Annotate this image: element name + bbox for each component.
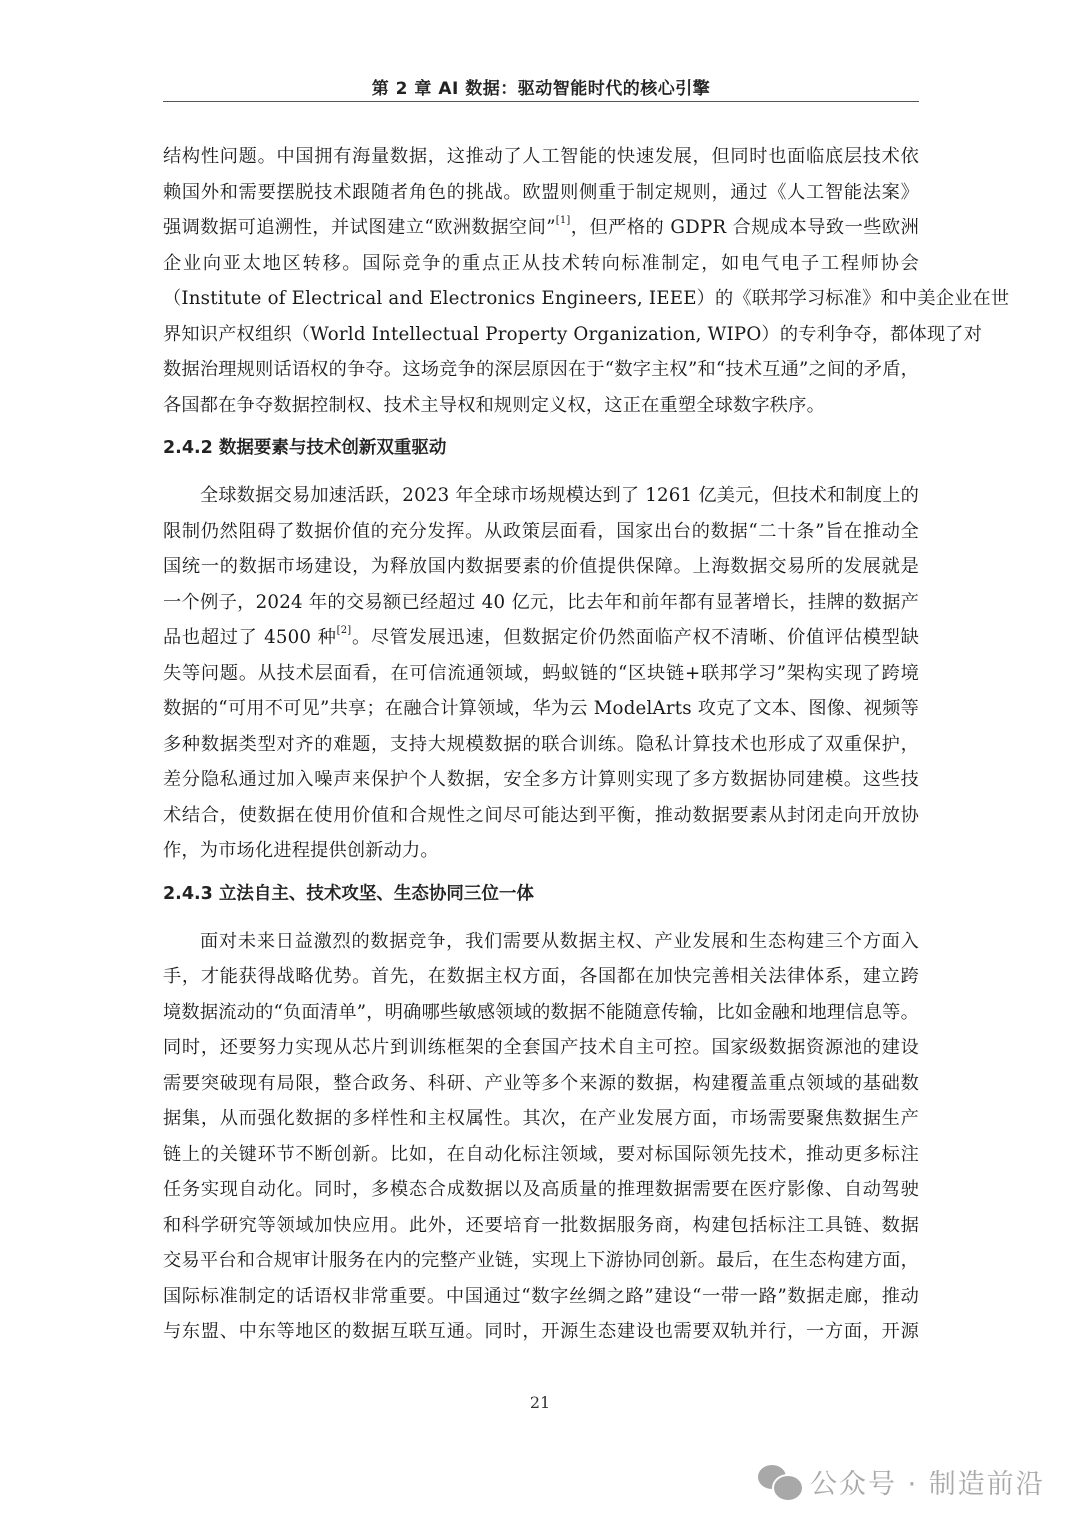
text-line: 术结合，使数据在使用价值和合规性之间尽可能达到平衡，推动数据要素从封闭走向开放协: [163, 798, 919, 834]
text-line: 和科学研究等领域加快应用。此外，还要培育一批数据服务商，构建包括标注工具链、数据: [163, 1208, 919, 1244]
paragraph-2-4-3: 面对未来日益激烈的数据竞争，我们需要从数据主权、产业发展和生态构建三个方面入 手…: [163, 924, 919, 1350]
page-body: 结构性问题。中国拥有海量数据，这推动了人工智能的快速发展，但同时也面临底层技术依…: [163, 139, 919, 1350]
text-line: 一个例子，2024 年的交易额已经超过 40 亿元，比去年和前年都有显著增长，挂…: [163, 585, 919, 621]
paragraph-2-4-2: 全球数据交易加速活跃，2023 年全球市场规模达到了 1261 亿美元，但技术和…: [163, 478, 919, 869]
text-line: 国际标准制定的话语权非常重要。中国通过“数字丝绸之路”建设“一带一路”数据走廊，…: [163, 1279, 919, 1315]
text-line: 境数据流动的“负面清单”，明确哪些敏感领域的数据不能随意传输，比如金融和地理信息…: [163, 995, 919, 1031]
text-line: 限制仍然阻碍了数据价值的充分发挥。从政策层面看，国家出台的数据“二十条”旨在推动…: [163, 514, 919, 550]
section-heading-2-4-3: 2.4.3 立法自主、技术攻坚、生态协同三位一体: [163, 877, 919, 912]
text-line: 赖国外和需要摆脱技术跟随者角色的挑战。欧盟则侧重于制定规则，通过《人工智能法案》: [163, 175, 919, 211]
watermark-text: 公众号 · 制造前沿: [810, 1462, 1045, 1501]
text-line: 与东盟、中东等地区的数据互联互通。同时，开源生态建设也需要双轨并行，一方面，开源: [163, 1314, 919, 1350]
text-line: 强调数据可追溯性，并试图建立“欧洲数据空间”[1]，但严格的 GDPR 合规成本…: [163, 210, 919, 246]
text-line: 国统一的数据市场建设，为释放国内数据要素的价值提供保障。上海数据交易所的发展就是: [163, 549, 919, 585]
text-line: （Institute of Electrical and Electronics…: [163, 281, 919, 317]
citation-2[interactable]: [2]: [337, 625, 352, 636]
text-line: 企业向亚太地区转移。国际竞争的重点正从技术转向标准制定，如电气电子工程师协会: [163, 246, 919, 282]
citation-1[interactable]: [1]: [556, 215, 571, 226]
text-line: 同时，还要努力实现从芯片到训练框架的全套国产技术自主可控。国家级数据资源池的建设: [163, 1030, 919, 1066]
text-line: 各国都在争夺数据控制权、技术主导权和规则定义权，这正在重塑全球数字秩序。: [163, 388, 919, 424]
header-divider: [163, 101, 919, 102]
text-line: 品也超过了 4500 种[2]。尽管发展迅速，但数据定价仍然面临产权不清晰、价值…: [163, 620, 919, 656]
text-line: 交易平台和合规审计服务在内的完整产业链，实现上下游协同创新。最后，在生态构建方面…: [163, 1243, 919, 1279]
text-line: 失等问题。从技术层面看，在可信流通领域，蚂蚁链的“区块链+联邦学习”架构实现了跨…: [163, 656, 919, 692]
text-line: 手，才能获得战略优势。首先，在数据主权方面，各国都在加快完善相关法律体系，建立跨: [163, 959, 919, 995]
text-line: 面对未来日益激烈的数据竞争，我们需要从数据主权、产业发展和生态构建三个方面入: [163, 924, 919, 960]
text-line: 需要突破现有局限，整合政务、科研、产业等多个来源的数据，构建覆盖重点领域的基础数: [163, 1066, 919, 1102]
text-line: 据集，从而强化数据的多样性和主权属性。其次，在产业发展方面，市场需要聚焦数据生产: [163, 1101, 919, 1137]
section-heading-2-4-2: 2.4.2 数据要素与技术创新双重驱动: [163, 431, 919, 466]
text-line: 任务实现自动化。同时，多模态合成数据以及高质量的推理数据需要在医疗影像、自动驾驶: [163, 1172, 919, 1208]
text-line: 链上的关键环节不断创新。比如，在自动化标注领域，要对标国际领先技术，推动更多标注: [163, 1137, 919, 1173]
watermark: 公众号 · 制造前沿: [758, 1462, 1045, 1501]
chapter-header: 第 2 章 AI 数据：驱动智能时代的核心引擎: [163, 74, 919, 99]
text-line: 差分隐私通过加入噪声来保护个人数据，安全多方计算则实现了多方数据协同建模。这些技: [163, 762, 919, 798]
text-line: 多种数据类型对齐的难题，支持大规模数据的联合训练。隐私计算技术也形成了双重保护，: [163, 727, 919, 763]
text-line: 数据的“可用不可见”共享；在融合计算领域，华为云 ModelArts 攻克了文本…: [163, 691, 919, 727]
page-number: 21: [0, 1393, 1080, 1412]
text-line: 作，为市场化进程提供创新动力。: [163, 833, 919, 869]
paragraph-intro: 结构性问题。中国拥有海量数据，这推动了人工智能的快速发展，但同时也面临底层技术依…: [163, 139, 919, 423]
text-line: 数据治理规则话语权的争夺。这场竞争的深层原因在于“数字主权”和“技术互通”之间的…: [163, 352, 919, 388]
text-line: 界知识产权组织（World Intellectual Property Orga…: [163, 317, 919, 353]
text-line: 全球数据交易加速活跃，2023 年全球市场规模达到了 1261 亿美元，但技术和…: [163, 478, 919, 514]
text-line: 结构性问题。中国拥有海量数据，这推动了人工智能的快速发展，但同时也面临底层技术依: [163, 139, 919, 175]
wechat-icon: [758, 1465, 802, 1499]
